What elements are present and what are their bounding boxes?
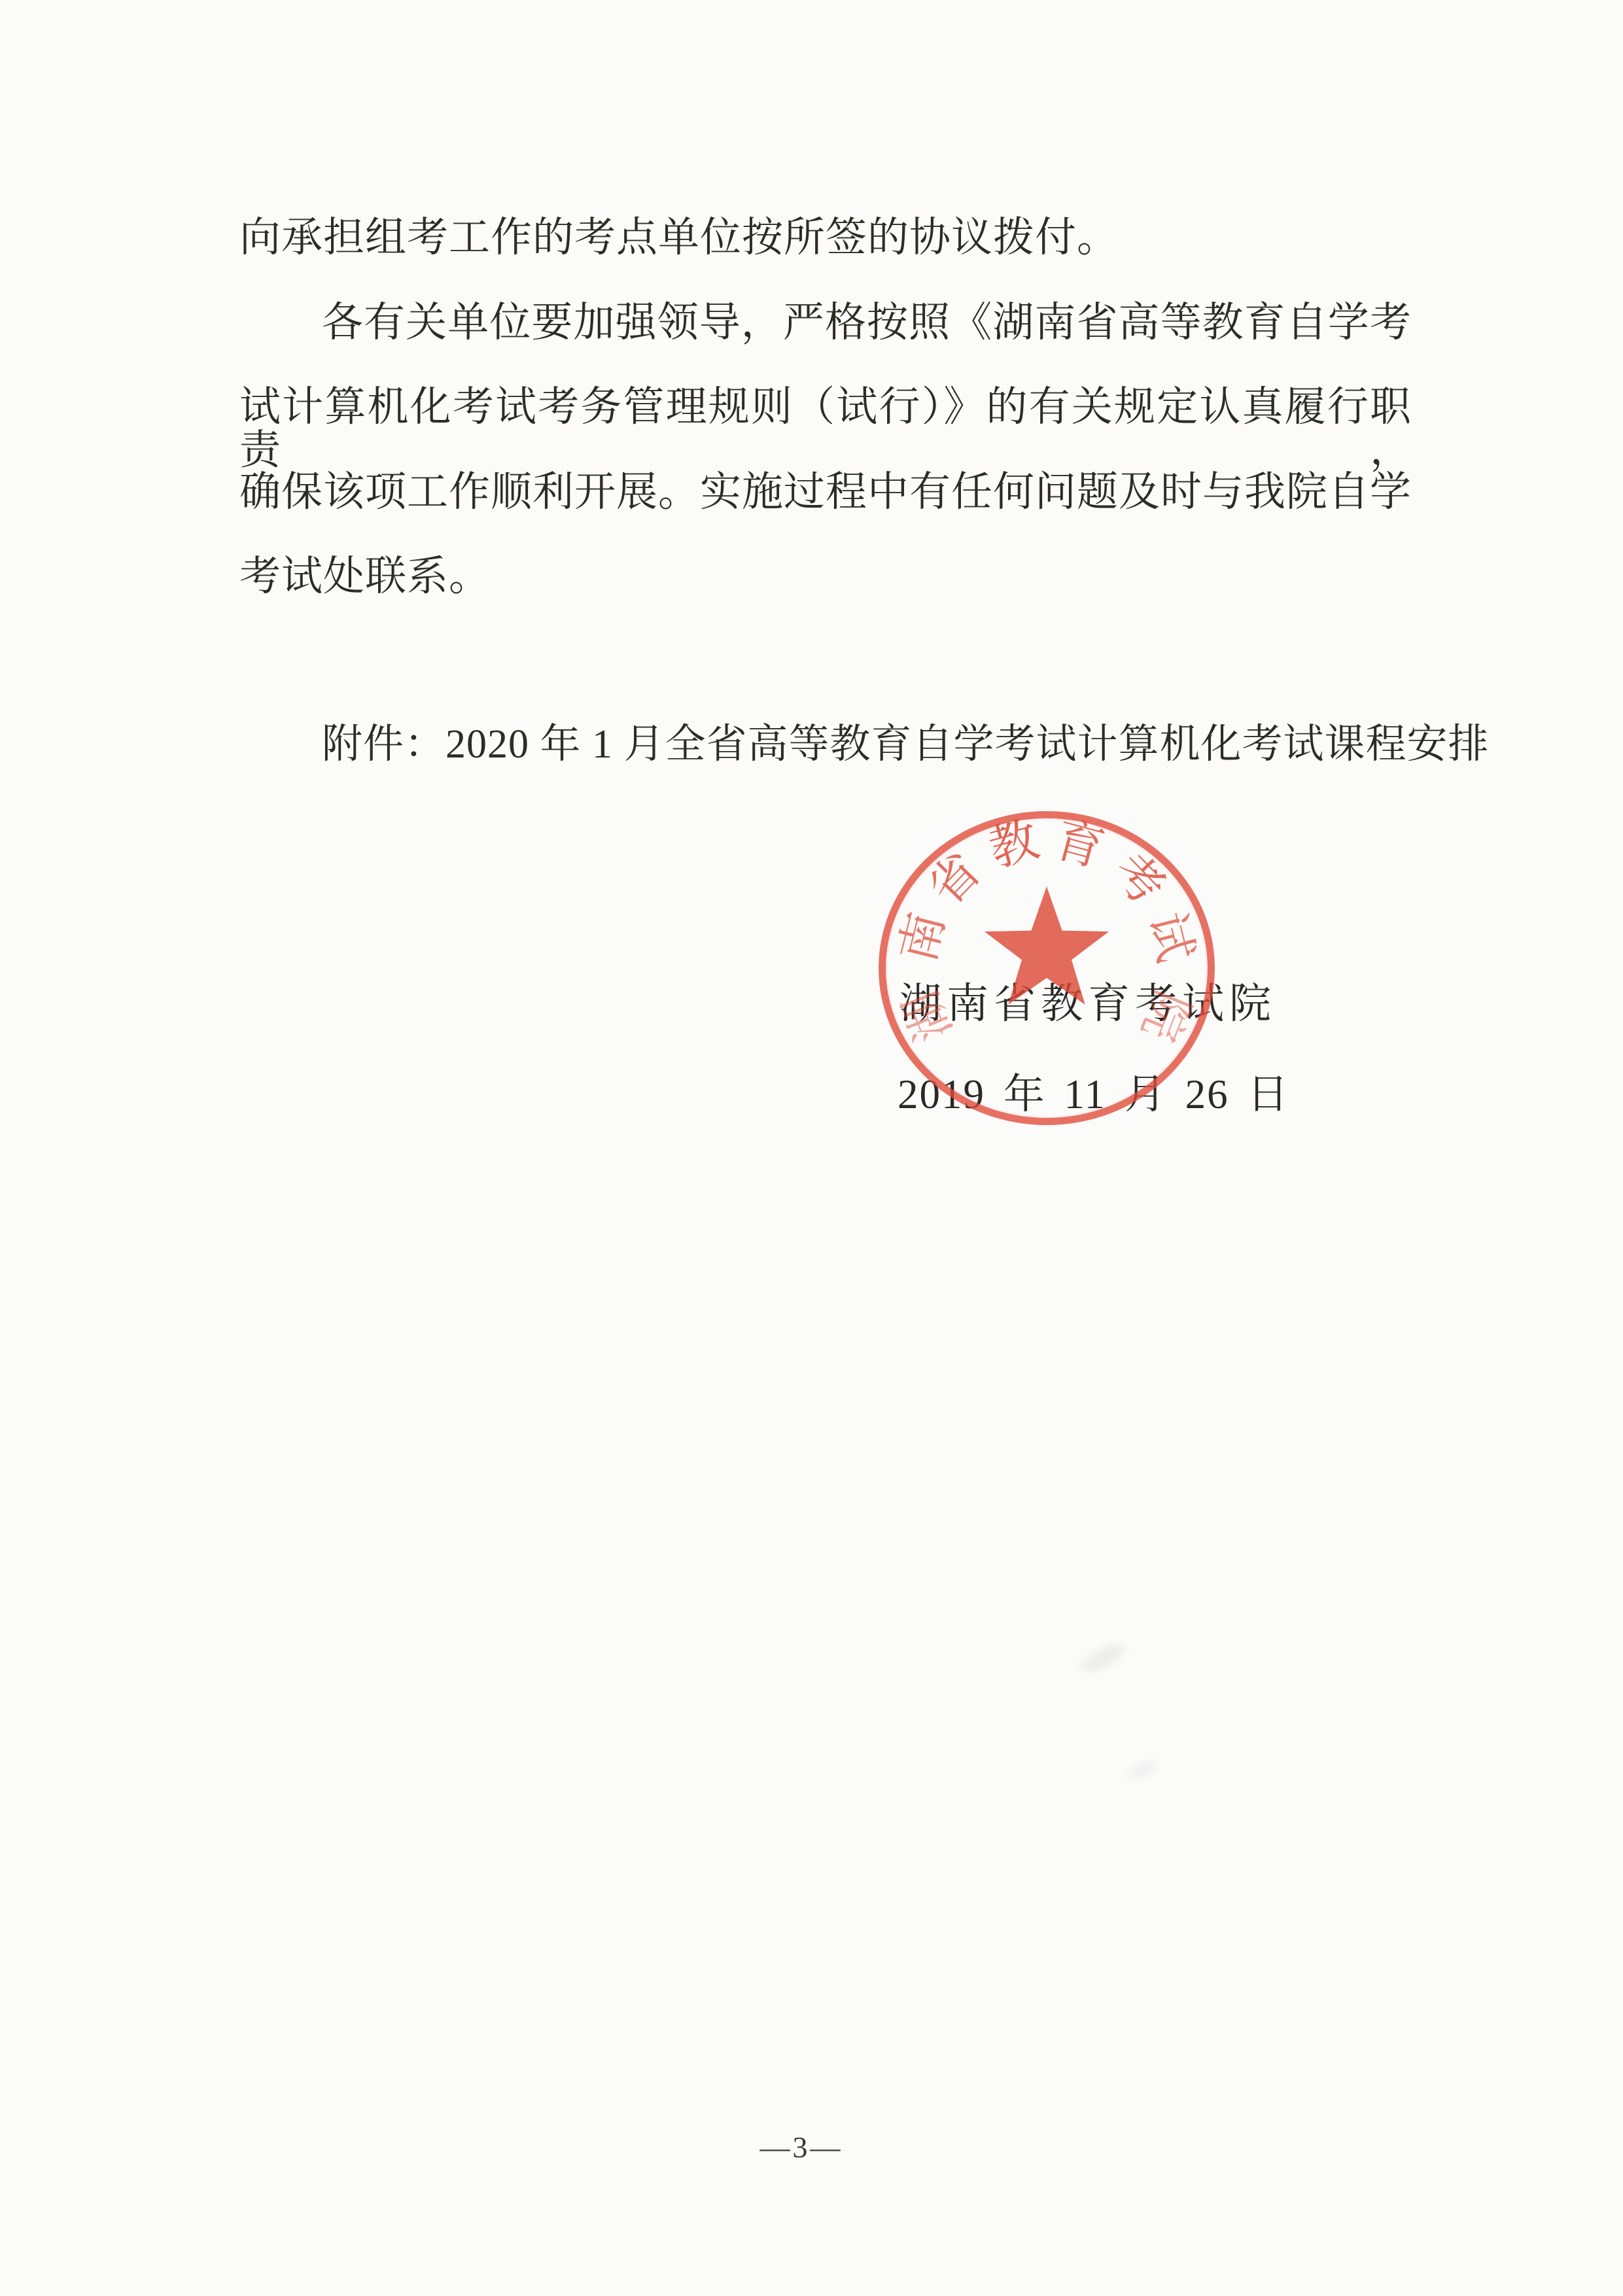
scanned-document-page: 向承担组考工作的考点单位按所签的协议拨付。 各有关单位要加强领导，严格按照《湖南… bbox=[0, 0, 1623, 2296]
seal-ring-char: 育 bbox=[1046, 812, 1113, 879]
seal-ring-char: 教 bbox=[981, 812, 1048, 879]
body-line: 向承担组考工作的考点单位按所签的协议拨付。 bbox=[239, 216, 1412, 259]
body-line: 考试处联系。 bbox=[239, 555, 1412, 598]
date-line: 2019 年 11 月 26 日 bbox=[898, 1074, 1289, 1115]
scan-smudge bbox=[1078, 1640, 1128, 1677]
seal-ring-char: 省 bbox=[916, 841, 994, 919]
seal-ring-char: 考 bbox=[1100, 841, 1178, 919]
body-line: 各有关单位要加强领导，严格按照《湖南省高等教育自学考 bbox=[239, 301, 1412, 344]
page-number: —3— bbox=[0, 2130, 1603, 2165]
attachment-line: 附件：2020 年 1 月全省高等教育自学考试计算机化考试课程安排 bbox=[322, 723, 1490, 766]
body-line: 试计算机化考试考务管理规则（试行）》的有关规定认真履行职责， bbox=[239, 385, 1412, 472]
seal-ring-char: 试 bbox=[1137, 904, 1204, 971]
signature-line: 湖南省教育考试院 bbox=[899, 983, 1276, 1025]
scan-smudge bbox=[1125, 1759, 1159, 1783]
seal-ring-char: 南 bbox=[890, 904, 956, 971]
body-line: 确保该项工作顺利开展。实施过程中有任何问题及时与我院自学 bbox=[239, 470, 1412, 513]
